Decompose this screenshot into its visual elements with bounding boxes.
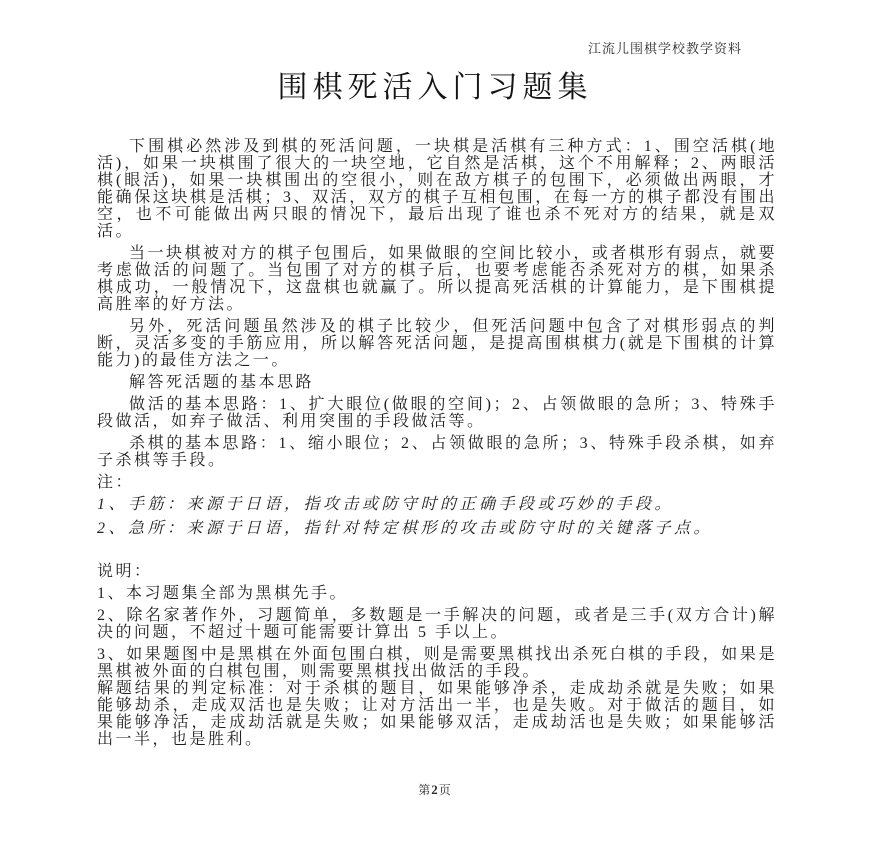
header-text: 江流儿围棋学校教学资料 xyxy=(588,38,742,57)
paragraph: 说明： xyxy=(97,563,777,580)
paragraph: 下围棋必然涉及到棋的死活问题，一块棋是活棋有三种方式：1、围空活棋(地活)，如果… xyxy=(97,138,777,240)
paragraph: 注： xyxy=(97,474,777,491)
document-body: 下围棋必然涉及到棋的死活问题，一块棋是活棋有三种方式：1、围空活棋(地活)，如果… xyxy=(97,138,777,748)
paragraph: 解题结果的判定标准：对于杀棋的题目，如果能够净杀，走成劫杀就是失败；如果能够劫杀… xyxy=(97,680,777,748)
paragraph: 1、本习题集全部为黑棋先手。 xyxy=(97,585,777,602)
page-title: 围棋死活入门习题集 xyxy=(0,62,870,106)
paragraph: 1、手筋：来源于日语，指攻击或防守时的正确手段或巧妙的手段。 xyxy=(97,496,777,513)
footer-prefix: 第 xyxy=(418,783,431,797)
paragraph: 做活的基本思路：1、扩大眼位(做眼的空间)；2、占领做眼的急所；3、特殊手段做活… xyxy=(97,396,777,430)
paragraph: 3、如果题图中是黑棋在外面包围白棋，则是需要黑棋找出杀死白棋的手段，如果是黑棋被… xyxy=(97,646,777,680)
paragraph: 2、急所：来源于日语，指针对特定棋形的攻击或防守时的关键落子点。 xyxy=(97,520,777,537)
page-footer: 第2页 xyxy=(0,781,870,798)
document-page: 江流儿围棋学校教学资料 围棋死活入门习题集 下围棋必然涉及到棋的死活问题，一块棋… xyxy=(0,0,870,842)
paragraph: 另外，死活问题虽然涉及的棋子比较少，但死活问题中包含了对棋形弱点的判断，灵活多变… xyxy=(97,318,777,369)
footer-suffix: 页 xyxy=(439,783,452,797)
paragraph: 2、除名家著作外，习题简单，多数题是一手解决的问题，或者是三手(双方合计)解决的… xyxy=(97,607,777,641)
paragraph: 当一块棋被对方的棋子包围后，如果做眼的空间比较小，或者棋形有弱点，就要考虑做活的… xyxy=(97,245,777,313)
paragraph: 杀棋的基本思路：1、缩小眼位；2、占领做眼的急所；3、特殊手段杀棋，如弃子杀棋等… xyxy=(97,435,777,469)
paragraph: 解答死活题的基本思路 xyxy=(97,374,777,391)
footer-page-number: 2 xyxy=(431,782,439,797)
